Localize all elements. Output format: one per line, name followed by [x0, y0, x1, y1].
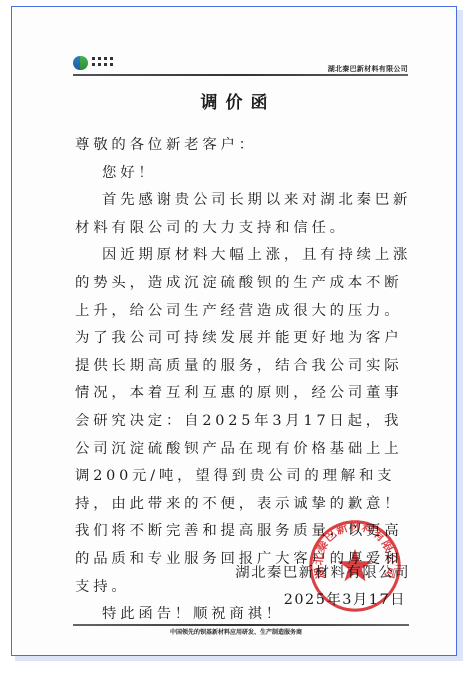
letterhead-divider [73, 74, 408, 76]
document-title: 调价函 [0, 88, 468, 113]
footer-tagline: 中国领先的钡基新材料应用研发、生产制造服务商 [0, 627, 468, 636]
signature-block: 湖北秦巴新材料有限公司 2025年3月17日 [235, 560, 410, 614]
greeting: 您好！ [75, 160, 415, 188]
company-logo-icon [73, 54, 123, 72]
logo-right-half [80, 56, 88, 70]
paragraph-price-adjustment: 因近期原材料大幅上涨，且有持续上涨的势头，造成沉淀硫酸钡的生产成本不断上升，给公… [75, 242, 415, 601]
letterhead-company-name: 湖北秦巴新材料有限公司 [328, 64, 408, 74]
logo-dots [92, 57, 113, 66]
signature-company: 湖北秦巴新材料有限公司 [235, 560, 410, 587]
signature-date: 2025年3月17日 [235, 587, 410, 614]
paragraph-thanks: 首先感谢贵公司长期以来对湖北秦巴新材料有限公司的大力支持和信任。 [75, 187, 415, 242]
letter-body: 尊敬的各位新老客户： 您好！ 首先感谢贵公司长期以来对湖北秦巴新材料有限公司的大… [75, 132, 415, 629]
salutation: 尊敬的各位新老客户： [75, 132, 415, 160]
footer-divider [73, 624, 409, 626]
